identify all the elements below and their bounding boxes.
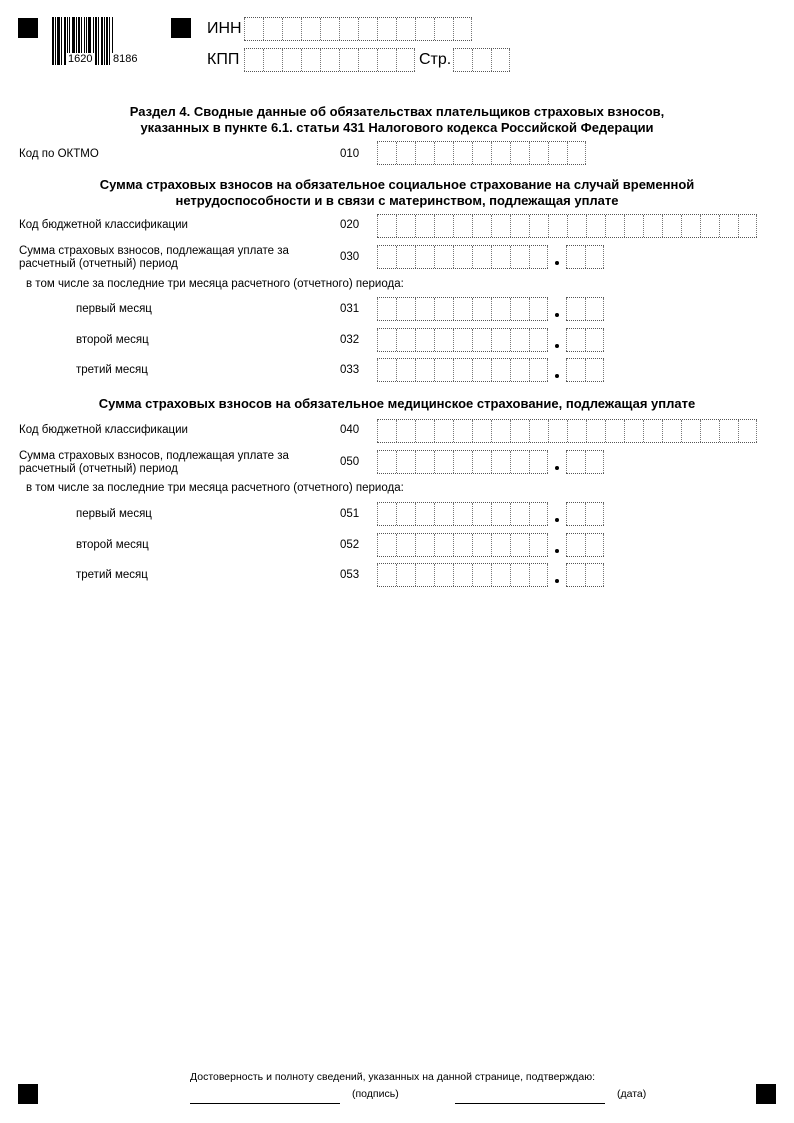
- input-cell[interactable]: [472, 49, 491, 71]
- input-cell[interactable]: [415, 329, 434, 351]
- input-cell[interactable]: [681, 420, 700, 442]
- kpp-label: КПП: [207, 51, 239, 69]
- input-cell[interactable]: [434, 359, 453, 381]
- corner-marker-top-center: [171, 18, 191, 38]
- input-cell[interactable]: [396, 298, 415, 320]
- input-cell[interactable]: [415, 451, 434, 473]
- input-cell[interactable]: [453, 18, 472, 40]
- medical-total-label-line2: расчетный (отчетный) период: [19, 463, 178, 476]
- decimal-point-icon: [555, 466, 559, 470]
- input-cell[interactable]: [472, 215, 491, 237]
- input-cell[interactable]: [453, 142, 472, 164]
- decimal-point-icon: [555, 549, 559, 553]
- input-cell[interactable]: [415, 142, 434, 164]
- input-cell[interactable]: [548, 420, 567, 442]
- input-cell[interactable]: [377, 246, 396, 268]
- input-cell[interactable]: [510, 246, 529, 268]
- input-cell[interactable]: [529, 420, 548, 442]
- social-kbk-label: Код бюджетной классификации: [19, 219, 188, 232]
- input-cell[interactable]: [434, 503, 453, 525]
- social-month2-field-integer[interactable]: [377, 328, 548, 352]
- medical-month3-field-decimal[interactable]: [566, 563, 604, 587]
- input-cell[interactable]: [491, 564, 510, 586]
- input-cell[interactable]: [320, 49, 339, 71]
- input-cell[interactable]: [377, 215, 396, 237]
- input-cell[interactable]: [396, 503, 415, 525]
- social-month2-label: второй месяц: [76, 334, 149, 347]
- input-cell[interactable]: [472, 534, 491, 556]
- input-cell[interactable]: [491, 451, 510, 473]
- input-cell[interactable]: [510, 534, 529, 556]
- input-cell[interactable]: [415, 298, 434, 320]
- social-month1-label: первый месяц: [76, 303, 152, 316]
- input-cell[interactable]: [396, 49, 415, 71]
- input-cell[interactable]: [491, 142, 510, 164]
- input-cell[interactable]: [510, 329, 529, 351]
- input-cell[interactable]: [643, 420, 662, 442]
- input-cell[interactable]: [662, 420, 681, 442]
- input-cell[interactable]: [358, 49, 377, 71]
- input-cell[interactable]: [585, 534, 604, 556]
- corner-marker-bottom-right: [756, 1084, 776, 1104]
- input-cell[interactable]: [301, 18, 320, 40]
- medical-total-field-decimal[interactable]: [566, 450, 604, 474]
- input-cell[interactable]: [434, 564, 453, 586]
- social-title-line1: Сумма страховых взносов на обязательное …: [0, 177, 794, 193]
- input-cell[interactable]: [719, 420, 738, 442]
- input-cell[interactable]: [605, 215, 624, 237]
- page-label: Стр.: [419, 51, 451, 69]
- input-cell[interactable]: [415, 18, 434, 40]
- input-cell[interactable]: [566, 451, 585, 473]
- input-cell[interactable]: [434, 534, 453, 556]
- input-cell[interactable]: [377, 298, 396, 320]
- input-cell[interactable]: [529, 142, 548, 164]
- input-cell[interactable]: [624, 420, 643, 442]
- input-cell[interactable]: [510, 142, 529, 164]
- input-cell[interactable]: [434, 215, 453, 237]
- input-cell[interactable]: [339, 49, 358, 71]
- input-cell[interactable]: [472, 142, 491, 164]
- input-cell[interactable]: [491, 298, 510, 320]
- input-cell[interactable]: [566, 329, 585, 351]
- input-cell[interactable]: [586, 215, 605, 237]
- input-cell[interactable]: [529, 298, 548, 320]
- inn-label: ИНН: [207, 20, 242, 38]
- social-total-label-line2: расчетный (отчетный) период: [19, 258, 178, 271]
- medical-month3-code: 053: [340, 569, 359, 582]
- social-kbk-code: 020: [340, 219, 359, 232]
- corner-marker-bottom-left: [18, 1084, 38, 1104]
- input-cell[interactable]: [605, 420, 624, 442]
- decimal-point-icon: [555, 518, 559, 522]
- input-cell[interactable]: [567, 420, 586, 442]
- input-cell[interactable]: [377, 420, 396, 442]
- medical-kbk-field[interactable]: [377, 419, 757, 443]
- input-cell[interactable]: [472, 564, 491, 586]
- input-cell[interactable]: [396, 564, 415, 586]
- input-cell[interactable]: [415, 534, 434, 556]
- inn-field[interactable]: [244, 17, 472, 41]
- input-cell[interactable]: [491, 534, 510, 556]
- input-cell[interactable]: [510, 503, 529, 525]
- input-cell[interactable]: [585, 246, 604, 268]
- input-cell[interactable]: [282, 18, 301, 40]
- social-month3-code: 033: [340, 364, 359, 377]
- input-cell[interactable]: [738, 420, 757, 442]
- input-cell[interactable]: [510, 215, 529, 237]
- social-month3-label: третий месяц: [76, 364, 148, 377]
- input-cell[interactable]: [453, 329, 472, 351]
- input-cell[interactable]: [529, 564, 548, 586]
- input-cell[interactable]: [415, 246, 434, 268]
- input-cell[interactable]: [491, 215, 510, 237]
- social-month1-code: 031: [340, 303, 359, 316]
- input-cell[interactable]: [643, 215, 662, 237]
- input-cell[interactable]: [453, 359, 472, 381]
- input-cell[interactable]: [415, 359, 434, 381]
- input-cell[interactable]: [377, 503, 396, 525]
- input-cell[interactable]: [434, 329, 453, 351]
- oktmo-field[interactable]: [377, 141, 586, 165]
- input-cell[interactable]: [415, 503, 434, 525]
- medical-month3-field-integer[interactable]: [377, 563, 548, 587]
- medical-title: Сумма страховых взносов на обязательное …: [0, 396, 794, 412]
- input-cell[interactable]: [377, 49, 396, 71]
- input-cell[interactable]: [377, 534, 396, 556]
- input-cell[interactable]: [472, 359, 491, 381]
- input-cell[interactable]: [282, 49, 301, 71]
- medical-total-field-integer[interactable]: [377, 450, 548, 474]
- decimal-point-icon: [555, 344, 559, 348]
- medical-month2-label: второй месяц: [76, 539, 149, 552]
- input-cell[interactable]: [681, 215, 700, 237]
- barcode-number-left: 1620: [66, 53, 94, 65]
- input-cell[interactable]: [566, 246, 585, 268]
- input-cell[interactable]: [377, 359, 396, 381]
- decimal-point-icon: [555, 579, 559, 583]
- input-cell[interactable]: [510, 564, 529, 586]
- social-total-code: 030: [340, 251, 359, 264]
- medical-kbk-code: 040: [340, 424, 359, 437]
- input-cell[interactable]: [585, 451, 604, 473]
- input-cell[interactable]: [415, 215, 434, 237]
- input-cell[interactable]: [263, 49, 282, 71]
- input-cell[interactable]: [396, 329, 415, 351]
- social-title-line2: нетрудоспособности и в связи с материнст…: [0, 193, 794, 209]
- input-cell[interactable]: [529, 215, 548, 237]
- oktmo-label: Код по ОКТМО: [19, 148, 99, 161]
- input-cell[interactable]: [453, 49, 472, 71]
- signature-line[interactable]: [190, 1103, 340, 1104]
- input-cell[interactable]: [434, 18, 453, 40]
- input-cell[interactable]: [510, 451, 529, 473]
- medical-month1-field-decimal[interactable]: [566, 502, 604, 526]
- decimal-point-icon: [555, 261, 559, 265]
- social-month2-field-decimal[interactable]: [566, 328, 604, 352]
- input-cell[interactable]: [396, 18, 415, 40]
- confirm-text: Достоверность и полноту сведений, указан…: [190, 1071, 595, 1084]
- input-cell[interactable]: [472, 329, 491, 351]
- input-cell[interactable]: [377, 329, 396, 351]
- medical-month3-label: третий месяц: [76, 569, 148, 582]
- input-cell[interactable]: [377, 142, 396, 164]
- input-cell[interactable]: [434, 420, 453, 442]
- input-cell[interactable]: [320, 18, 339, 40]
- social-month1-field-integer[interactable]: [377, 297, 548, 321]
- input-cell[interactable]: [472, 503, 491, 525]
- input-cell[interactable]: [567, 142, 586, 164]
- input-cell[interactable]: [566, 564, 585, 586]
- input-cell[interactable]: [263, 18, 282, 40]
- medical-months-intro: в том числе за последние три месяца расч…: [26, 482, 404, 495]
- input-cell[interactable]: [567, 215, 586, 237]
- medical-month1-code: 051: [340, 508, 359, 521]
- social-month3-field-integer[interactable]: [377, 358, 548, 382]
- input-cell[interactable]: [453, 534, 472, 556]
- input-cell[interactable]: [396, 359, 415, 381]
- decimal-point-icon: [555, 374, 559, 378]
- social-kbk-field[interactable]: [377, 214, 757, 238]
- social-total-field-integer[interactable]: [377, 245, 548, 269]
- input-cell[interactable]: [491, 420, 510, 442]
- input-cell[interactable]: [566, 534, 585, 556]
- input-cell[interactable]: [585, 564, 604, 586]
- input-cell[interactable]: [529, 534, 548, 556]
- input-cell[interactable]: [510, 298, 529, 320]
- input-cell[interactable]: [472, 246, 491, 268]
- barcode-number-right: 8186: [111, 53, 139, 65]
- input-cell[interactable]: [434, 246, 453, 268]
- decimal-point-icon: [555, 313, 559, 317]
- input-cell[interactable]: [244, 49, 263, 71]
- input-cell[interactable]: [566, 503, 585, 525]
- oktmo-code: 010: [340, 148, 359, 161]
- input-cell[interactable]: [396, 215, 415, 237]
- medical-month1-label: первый месяц: [76, 508, 152, 521]
- input-cell[interactable]: [415, 564, 434, 586]
- medical-total-code: 050: [340, 456, 359, 469]
- signature-label: (подпись): [352, 1088, 399, 1101]
- section-title-line1: Раздел 4. Сводные данные об обязательств…: [0, 104, 794, 120]
- input-cell[interactable]: [738, 215, 757, 237]
- input-cell[interactable]: [453, 420, 472, 442]
- date-label: (дата): [617, 1088, 646, 1101]
- input-cell[interactable]: [396, 142, 415, 164]
- input-cell[interactable]: [700, 215, 719, 237]
- input-cell[interactable]: [396, 420, 415, 442]
- input-cell[interactable]: [719, 215, 738, 237]
- input-cell[interactable]: [377, 18, 396, 40]
- input-cell[interactable]: [491, 359, 510, 381]
- input-cell[interactable]: [529, 359, 548, 381]
- input-cell[interactable]: [662, 215, 681, 237]
- input-cell[interactable]: [472, 420, 491, 442]
- input-cell[interactable]: [529, 451, 548, 473]
- social-total-label-line1: Сумма страховых взносов, подлежащая упла…: [19, 245, 289, 258]
- input-cell[interactable]: [585, 298, 604, 320]
- input-cell[interactable]: [358, 18, 377, 40]
- social-month3-field-decimal[interactable]: [566, 358, 604, 382]
- input-cell[interactable]: [453, 298, 472, 320]
- date-line[interactable]: [455, 1103, 605, 1104]
- corner-marker-top-left: [18, 18, 38, 38]
- medical-total-label-line1: Сумма страховых взносов, подлежащая упла…: [19, 450, 289, 463]
- input-cell[interactable]: [491, 49, 510, 71]
- kpp-field[interactable]: [244, 48, 415, 72]
- input-cell[interactable]: [700, 420, 719, 442]
- input-cell[interactable]: [586, 420, 605, 442]
- input-cell[interactable]: [244, 18, 263, 40]
- input-cell[interactable]: [472, 298, 491, 320]
- input-cell[interactable]: [529, 246, 548, 268]
- input-cell[interactable]: [585, 359, 604, 381]
- input-cell[interactable]: [434, 451, 453, 473]
- input-cell[interactable]: [453, 215, 472, 237]
- input-cell[interactable]: [472, 451, 491, 473]
- input-cell[interactable]: [453, 451, 472, 473]
- medical-kbk-label: Код бюджетной классификации: [19, 424, 188, 437]
- page-number-field[interactable]: [453, 48, 510, 72]
- input-cell[interactable]: [434, 298, 453, 320]
- input-cell[interactable]: [396, 451, 415, 473]
- input-cell[interactable]: [529, 503, 548, 525]
- input-cell[interactable]: [585, 329, 604, 351]
- input-cell[interactable]: [453, 564, 472, 586]
- input-cell[interactable]: [491, 503, 510, 525]
- input-cell[interactable]: [301, 49, 320, 71]
- social-month1-field-decimal[interactable]: [566, 297, 604, 321]
- input-cell[interactable]: [415, 420, 434, 442]
- input-cell[interactable]: [453, 246, 472, 268]
- input-cell[interactable]: [566, 298, 585, 320]
- social-total-field-decimal[interactable]: [566, 245, 604, 269]
- section-title-line2: указанных в пункте 6.1. статьи 431 Налог…: [0, 120, 794, 136]
- input-cell[interactable]: [396, 534, 415, 556]
- medical-month2-code: 052: [340, 539, 359, 552]
- input-cell[interactable]: [566, 359, 585, 381]
- input-cell[interactable]: [491, 246, 510, 268]
- medical-month2-field-decimal[interactable]: [566, 533, 604, 557]
- input-cell[interactable]: [548, 142, 567, 164]
- input-cell[interactable]: [339, 18, 358, 40]
- input-cell[interactable]: [491, 329, 510, 351]
- social-months-intro: в том числе за последние три месяца расч…: [26, 278, 404, 291]
- input-cell[interactable]: [453, 503, 472, 525]
- input-cell[interactable]: [529, 329, 548, 351]
- medical-month2-field-integer[interactable]: [377, 533, 548, 557]
- input-cell[interactable]: [585, 503, 604, 525]
- input-cell[interactable]: [377, 451, 396, 473]
- input-cell[interactable]: [510, 359, 529, 381]
- input-cell[interactable]: [377, 564, 396, 586]
- input-cell[interactable]: [510, 420, 529, 442]
- input-cell[interactable]: [434, 142, 453, 164]
- social-month2-code: 032: [340, 334, 359, 347]
- input-cell[interactable]: [396, 246, 415, 268]
- input-cell[interactable]: [624, 215, 643, 237]
- medical-month1-field-integer[interactable]: [377, 502, 548, 526]
- input-cell[interactable]: [548, 215, 567, 237]
